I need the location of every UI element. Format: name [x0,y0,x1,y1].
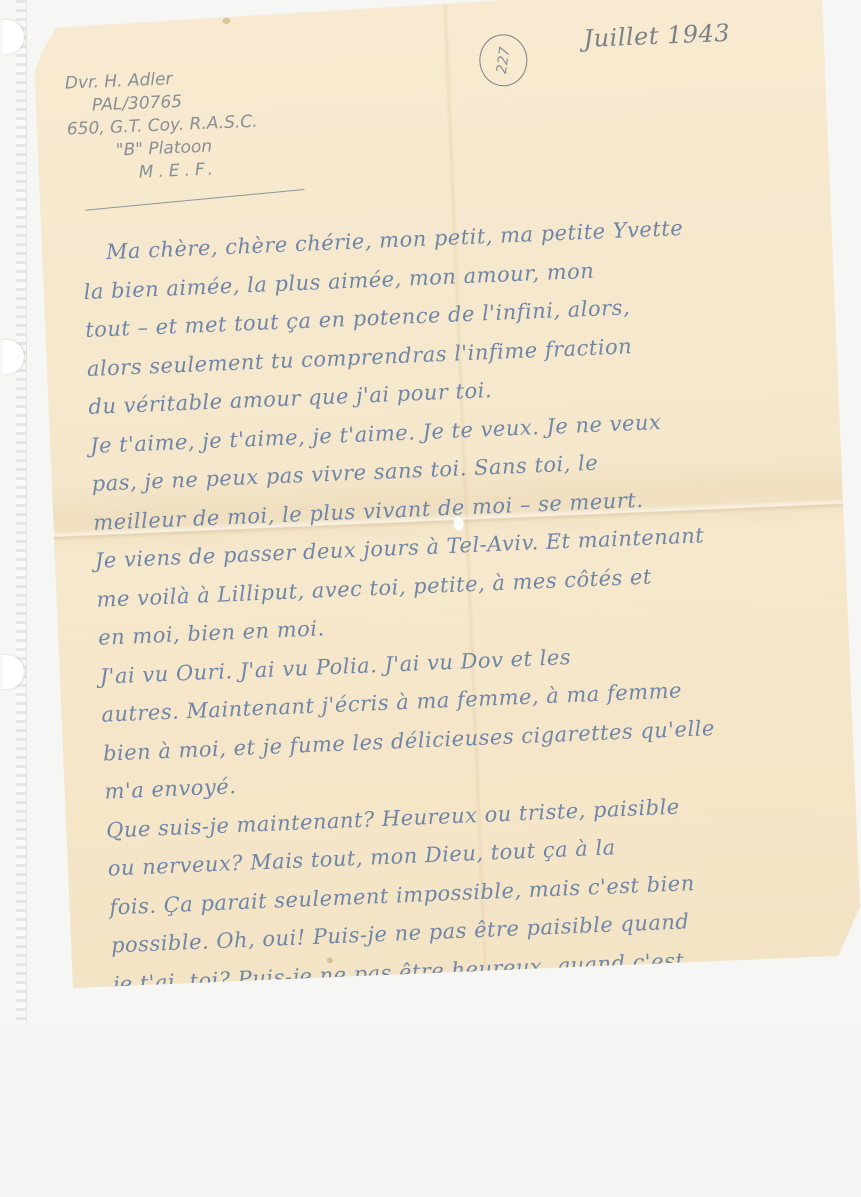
letter-body: Ma chère, chère chérie, mon petit, ma pe… [81,203,861,1024]
letter-date: Juillet 1943 [583,19,731,53]
binder-hole [2,20,24,54]
letter-sheet: Dvr. H. Adler PAL/30765 650, G.T. Coy. R… [32,0,861,988]
address-underline [85,189,304,211]
archive-number-stamp: 227 [478,33,528,87]
archive-number: 227 [494,46,513,75]
sender-address-block: Dvr. H. Adler PAL/30765 650, G.T. Coy. R… [64,65,260,188]
binder-perforation-strip [16,0,27,1024]
binder-hole [2,655,24,689]
binder-hole [2,340,24,374]
stain-spot [222,18,230,24]
